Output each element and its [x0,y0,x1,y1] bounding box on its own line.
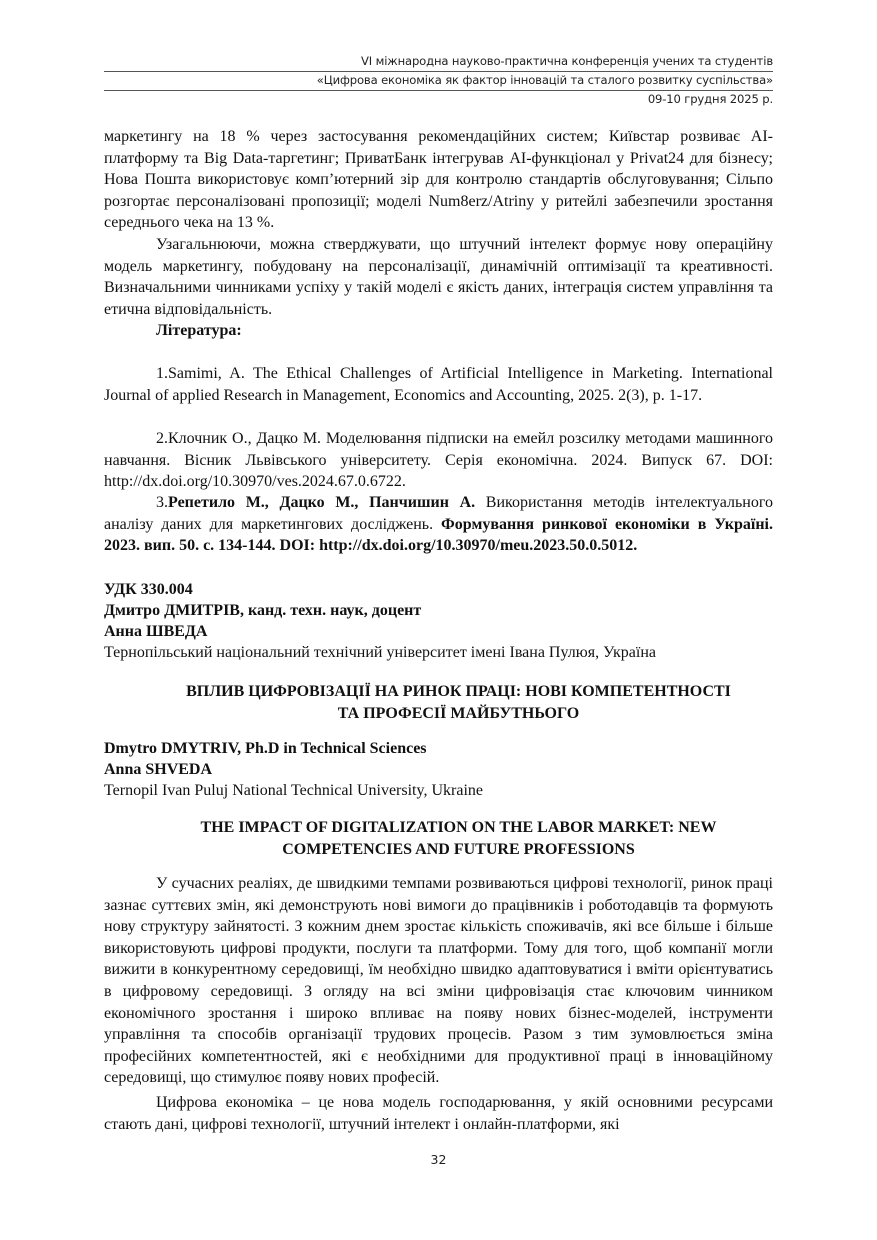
article-paragraph-2: Цифрова економіка – це нова модель госпо… [104,1092,773,1135]
running-header-conference-title: «Цифрова економіка як фактор інновацій т… [104,71,773,91]
article-title-ua-line-1: ВПЛИВ ЦИФРОВІЗАЦІЇ НА РИНОК ПРАЦІ: НОВІ … [104,681,773,703]
author-ua-1: Дмитро ДМИТРІВ, канд. техн. наук, доцент [104,600,773,622]
reference-number: 3. [156,494,168,511]
reference-item-1: 1.Samimi, A. The Ethical Challenges of A… [104,363,773,406]
article-paragraph-1: У сучасних реаліях, де швидкими темпами … [104,873,773,1089]
reference-number: 1. [156,365,168,382]
affiliation-ua: Тернопільський національний технічний ун… [104,642,773,664]
article-title-en: THE IMPACT OF DIGITALIZATION ON THE LABO… [104,817,773,860]
references-heading: Література: [104,320,773,342]
article-title-en-line-2: COMPETENCIES AND FUTURE PROFESSIONS [104,839,773,861]
running-header-date: 09-10 грудня 2025 р. [104,90,773,109]
previous-article-paragraph-1: маркетингу на 18 % через застосування ре… [104,126,773,234]
reference-text: Samimi, A. The Ethical Challenges of Art… [104,365,773,404]
page-number: 32 [104,1152,773,1167]
reference-item-2: 2.Клочник О., Дацко М. Моделювання підпи… [104,428,773,493]
author-en-1: Dmytro DMYTRIV, Ph.D in Technical Scienc… [104,738,773,760]
author-en-2: Anna SHVEDA [104,759,773,781]
reference-number: 2. [156,430,168,447]
reference-authors: Репетило М., Дацко М., Панчишин А. [168,494,475,511]
udc-code: УДК 330.004 [104,579,773,601]
running-header-conference: VI міжнародна науково-практична конферен… [104,52,773,72]
reference-text: Клочник О., Дацко М. Моделювання підписк… [104,430,773,490]
article-title-ua-line-2: ТА ПРОФЕСІЇ МАЙБУТНЬОГО [104,703,773,725]
author-ua-2: Анна ШВЕДА [104,621,773,643]
reference-item-3: 3.Репетило М., Дацко М., Панчишин А. Вик… [104,492,773,557]
article-title-ua: ВПЛИВ ЦИФРОВІЗАЦІЇ НА РИНОК ПРАЦІ: НОВІ … [104,681,773,724]
affiliation-en: Ternopil Ivan Puluj National Technical U… [104,780,773,802]
article-title-en-line-1: THE IMPACT OF DIGITALIZATION ON THE LABO… [104,817,773,839]
previous-article-paragraph-2: Узагальнюючи, можна стверджувати, що шту… [104,234,773,320]
